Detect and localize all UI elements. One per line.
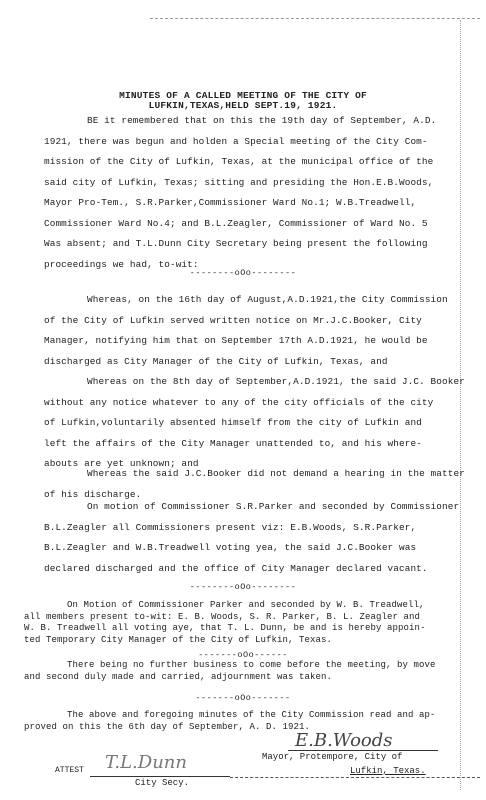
paragraph-motion-discharge: On motion of Commissioner S.R.Parker and… xyxy=(44,497,456,579)
text-line: proved on this the 6th day of September,… xyxy=(24,722,464,734)
text-line: without any notice whatever to any of th… xyxy=(44,393,456,414)
text-line: ted Temporary City Manager of the City o… xyxy=(24,635,464,647)
secretary-title: City Secy. xyxy=(135,778,189,788)
text-line: Whereas on the 8th day of September,A.D.… xyxy=(44,372,456,393)
text-line: of the City of Lufkin served written not… xyxy=(44,311,456,332)
text-line: Commissioner Ward No.4; and B.L.Zeagler,… xyxy=(44,214,456,235)
text-line: Whereas the said J.C.Booker did not dema… xyxy=(44,464,456,485)
paragraph-whereas-notice: Whereas, on the 16th day of August,A.D.1… xyxy=(44,290,456,372)
text-line: all members present to-wit: E. B. Woods,… xyxy=(24,612,464,624)
text-line: Manager, notifying him that on September… xyxy=(44,331,456,352)
text-line: W. B. Treadwell all voting aye, that T. … xyxy=(24,623,464,635)
separator: --------oOo-------- xyxy=(0,268,486,278)
text-line: discharged as City Manager of the City o… xyxy=(44,352,456,373)
paragraph-approval: The above and foregoing minutes of the C… xyxy=(24,710,464,733)
bottom-dashed-line xyxy=(230,777,480,778)
paragraph-whereas-absent: Whereas on the 8th day of September,A.D.… xyxy=(44,372,456,475)
text-line: On Motion of Commissioner Parker and sec… xyxy=(24,600,464,612)
text-line: BE it remembered that on this the 19th d… xyxy=(44,111,456,132)
title-line-2: LUFKIN,TEXAS,HELD SEPT.19, 1921. xyxy=(0,101,486,111)
mayor-signature: E.B.Woods xyxy=(295,730,393,751)
text-line: B.L.Zeagler all Commissioners present vi… xyxy=(44,518,456,539)
mayor-signature-line xyxy=(288,750,438,751)
scan-artifact-top xyxy=(150,18,480,20)
text-line: of Lufkin,voluntarily absented himself f… xyxy=(44,413,456,434)
text-line: declared discharged and the office of Ci… xyxy=(44,559,456,580)
text-line: left the affairs of the City Manager una… xyxy=(44,434,456,455)
separator: -------oOo------- xyxy=(0,693,486,703)
document-page: MINUTES OF A CALLED MEETING OF THE CITY … xyxy=(0,0,486,800)
text-line: and second duly made and carried, adjour… xyxy=(24,672,464,684)
text-line: B.L.Zeagler and W.B.Treadwell voting yea… xyxy=(44,538,456,559)
paragraph-adjournment: There being no further business to come … xyxy=(24,660,464,683)
text-line: There being no further business to come … xyxy=(24,660,464,672)
text-line: On motion of Commissioner S.R.Parker and… xyxy=(44,497,456,518)
paragraph-motion-appoint: On Motion of Commissioner Parker and sec… xyxy=(24,600,464,646)
secretary-signature-line xyxy=(90,776,230,777)
text-line: Was absent; and T.L.Dunn City Secretary … xyxy=(44,234,456,255)
separator: --------oOo-------- xyxy=(0,582,486,592)
mayor-city: Lufkin, Texas. xyxy=(350,766,426,776)
separator: -------oOo------ xyxy=(0,650,486,660)
text-line: 1921, there was begun and holden a Speci… xyxy=(44,132,456,153)
document-title: MINUTES OF A CALLED MEETING OF THE CITY … xyxy=(0,91,486,111)
text-line: Mayor Pro-Tem., S.R.Parker,Commissioner … xyxy=(44,193,456,214)
text-line: The above and foregoing minutes of the C… xyxy=(24,710,464,722)
text-line: Whereas, on the 16th day of August,A.D.1… xyxy=(44,290,456,311)
text-line: mission of the City of Lufkin, Texas, at… xyxy=(44,152,456,173)
text-line: said city of Lufkin, Texas; sitting and … xyxy=(44,173,456,194)
attest-label: ATTEST xyxy=(55,766,84,775)
paragraph-opening: BE it remembered that on this the 19th d… xyxy=(44,111,456,275)
secretary-signature: T.L.Dunn xyxy=(105,752,187,773)
mayor-title: Mayor, Protempore, City of xyxy=(262,752,402,762)
